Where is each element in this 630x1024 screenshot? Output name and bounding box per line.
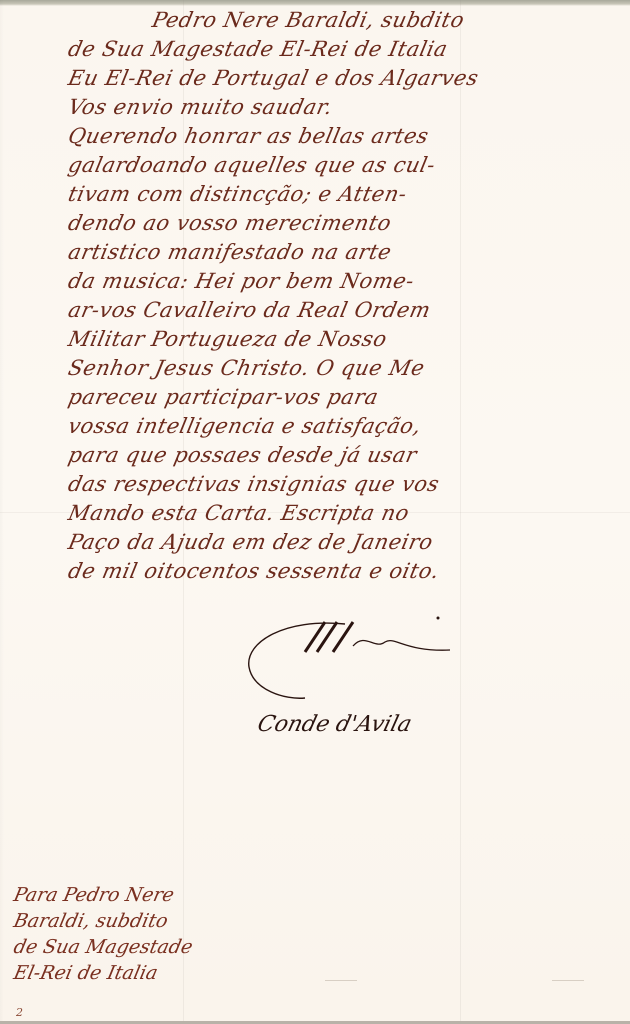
body-line: Querendo honrar as bellas artes xyxy=(66,124,431,148)
body-line: Paço da Ajuda em dez de Janeiro xyxy=(66,530,435,554)
body-line: dendo ao vosso merecimento xyxy=(66,211,394,235)
address-line: Baraldi, subdito xyxy=(12,910,170,932)
body-line: Pedro Nere Baraldi, subdito xyxy=(150,8,467,32)
body-line: para que possaes desde já usar xyxy=(66,443,419,467)
body-line: Vos envio muito saudar. xyxy=(66,95,335,119)
ruling-mark xyxy=(552,980,584,981)
body-line: tivam com distincção; e Atten- xyxy=(66,182,409,206)
body-line: de Sua Magestade El-Rei de Italia xyxy=(66,37,450,61)
ruling-mark xyxy=(325,980,357,981)
address-line: Para Pedro Nere xyxy=(12,884,176,906)
document-page: Pedro Nere Baraldi, subdito de Sua Mages… xyxy=(0,0,630,1024)
page-number: 2 xyxy=(16,1006,23,1019)
body-line: vossa intelligencia e satisfação, xyxy=(66,414,423,438)
body-line: Militar Portugueza de Nosso xyxy=(66,327,389,351)
body-line: das respectivas insignias que vos xyxy=(66,472,442,496)
body-line: galardoando aquelles que as cul- xyxy=(66,153,438,177)
body-line: Mando esta Carta. Escripta no xyxy=(66,501,412,525)
body-line: pareceu participar-vos para xyxy=(66,385,381,409)
address-line: de Sua Magestade xyxy=(12,936,195,958)
address-line: El-Rei de Italia xyxy=(12,962,160,984)
body-line: Senhor Jesus Christo. O que Me xyxy=(66,356,427,380)
body-line: Eu El-Rei de Portugal e dos Algarves xyxy=(66,66,481,90)
countersignature: Conde d'Avila xyxy=(255,712,414,737)
body-line: artistico manifestado na arte xyxy=(66,240,394,264)
body-line: de mil oitocentos sessenta e oito. xyxy=(66,559,442,583)
body-line: da musica: Hei por bem Nome- xyxy=(66,269,417,293)
body-line: ar-vos Cavalleiro da Real Ordem xyxy=(66,298,433,322)
